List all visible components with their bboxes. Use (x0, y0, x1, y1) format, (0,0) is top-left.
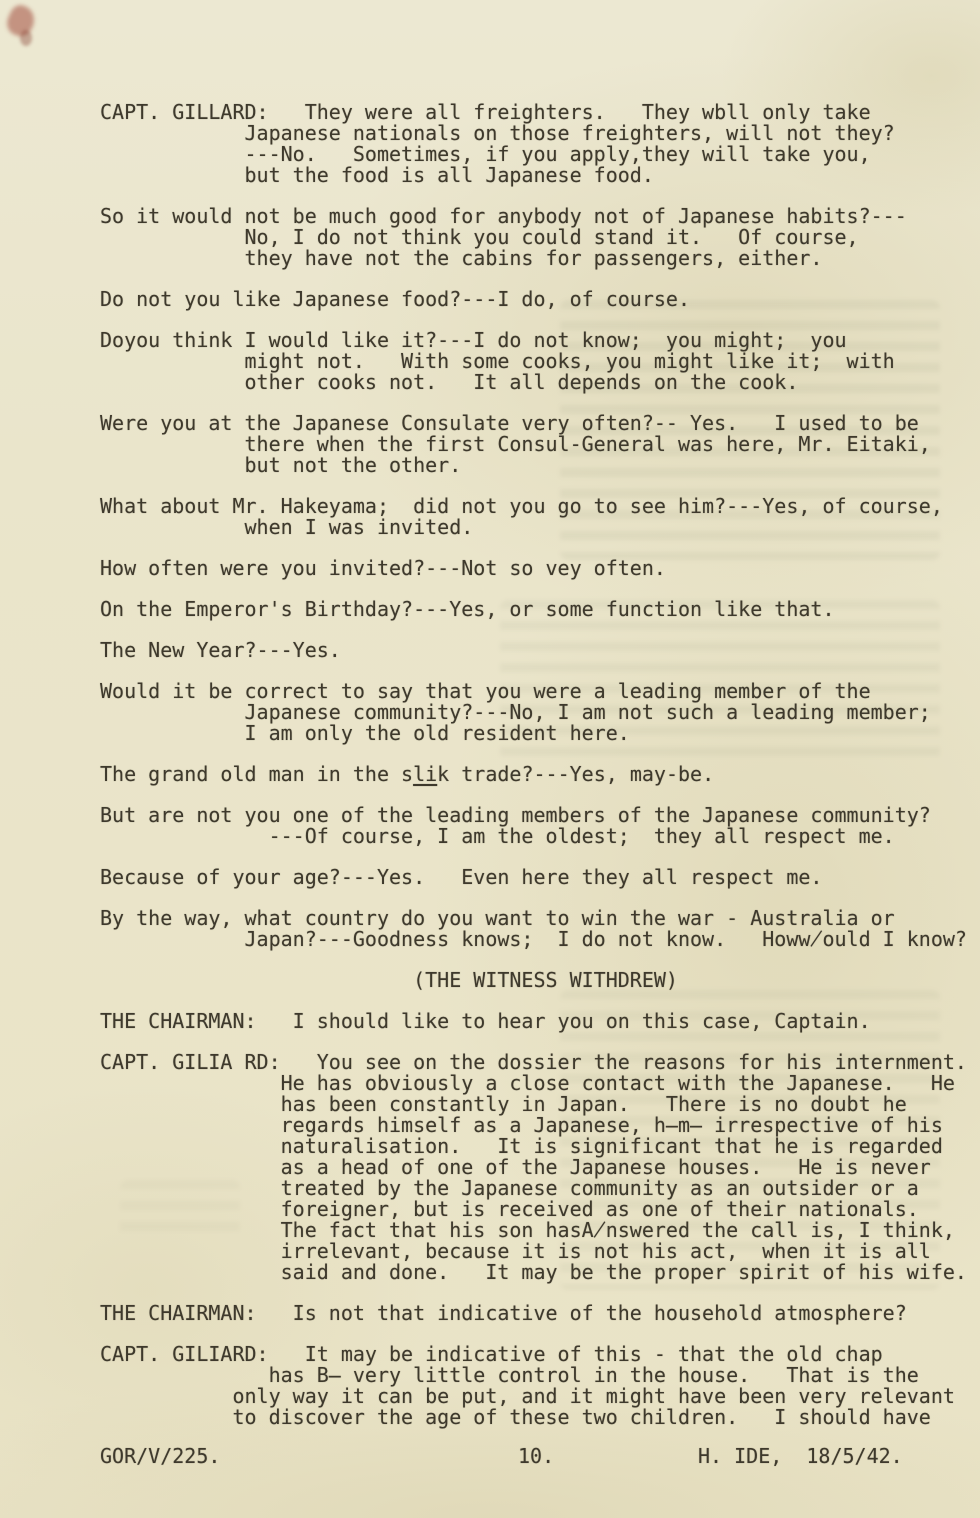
witness-withdrew-note: (THE WITNESS WITHDREW) (100, 970, 967, 991)
qa-leading-member-paragraph: Would it be correct to say that you were… (100, 681, 967, 744)
chairman-hear-you-paragraph: THE CHAIRMAN: I should like to hear you … (100, 1011, 967, 1032)
silk-trade-text-before: The grand old man in the s (100, 762, 413, 786)
qa-win-the-war-paragraph: By the way, what country do you want to … (100, 908, 967, 950)
transcript-body: CAPT. GILLARD: They were all freighters.… (100, 102, 967, 1448)
file-reference: GOR/V/225. (100, 1446, 220, 1467)
silk-trade-underlined-letters: li (413, 762, 437, 786)
silk-trade-text-after: k trade?---Yes, may-be. (437, 762, 714, 786)
typist-initials-date: H. IDE, 18/5/42. (698, 1446, 903, 1467)
page-number: 10. (518, 1446, 554, 1467)
qa-emperors-birthday-paragraph: On the Emperor's Birthday?---Yes, or som… (100, 599, 967, 620)
chairman-household-paragraph: THE CHAIRMAN: Is not that indicative of … (100, 1303, 967, 1324)
qa-would-you-like-it-paragraph: Doyou think I would like it?---I do not … (100, 330, 967, 393)
qa-oldest-member-paragraph: But are not you one of the leading membe… (100, 805, 967, 847)
red-ink-speck (20, 30, 32, 46)
page-footer: GOR/V/225. 10. H. IDE, 18/5/42. (100, 1446, 940, 1470)
gillard-indicative-paragraph: CAPT. GILIARD: It may be indicative of t… (100, 1344, 967, 1428)
document-page: { "document": { "paragraphs": [ { "lines… (0, 0, 980, 1518)
qa-japanese-consulate-paragraph: Were you at the Japanese Consulate very … (100, 413, 967, 476)
gillard-dossier-paragraph: CAPT. GILIA RD: You see on the dossier t… (100, 1052, 967, 1283)
qa-japanese-food-paragraph: Do not you like Japanese food?---I do, o… (100, 289, 967, 310)
red-ink-speck (3, 2, 39, 40)
qa-silk-trade-paragraph: The grand old man in the slik trade?---Y… (100, 764, 967, 785)
qa-because-of-age-paragraph: Because of your age?---Yes. Even here th… (100, 867, 967, 888)
qa-hakeyama-paragraph: What about Mr. Hakeyama; did not you go … (100, 496, 967, 538)
qa-how-often-invited-paragraph: How often were you invited?---Not so vey… (100, 558, 967, 579)
qa-freighters-paragraph: CAPT. GILLARD: They were all freighters.… (100, 102, 967, 186)
qa-japanese-habits-paragraph: So it would not be much good for anybody… (100, 206, 967, 269)
qa-new-year-paragraph: The New Year?---Yes. (100, 640, 967, 661)
